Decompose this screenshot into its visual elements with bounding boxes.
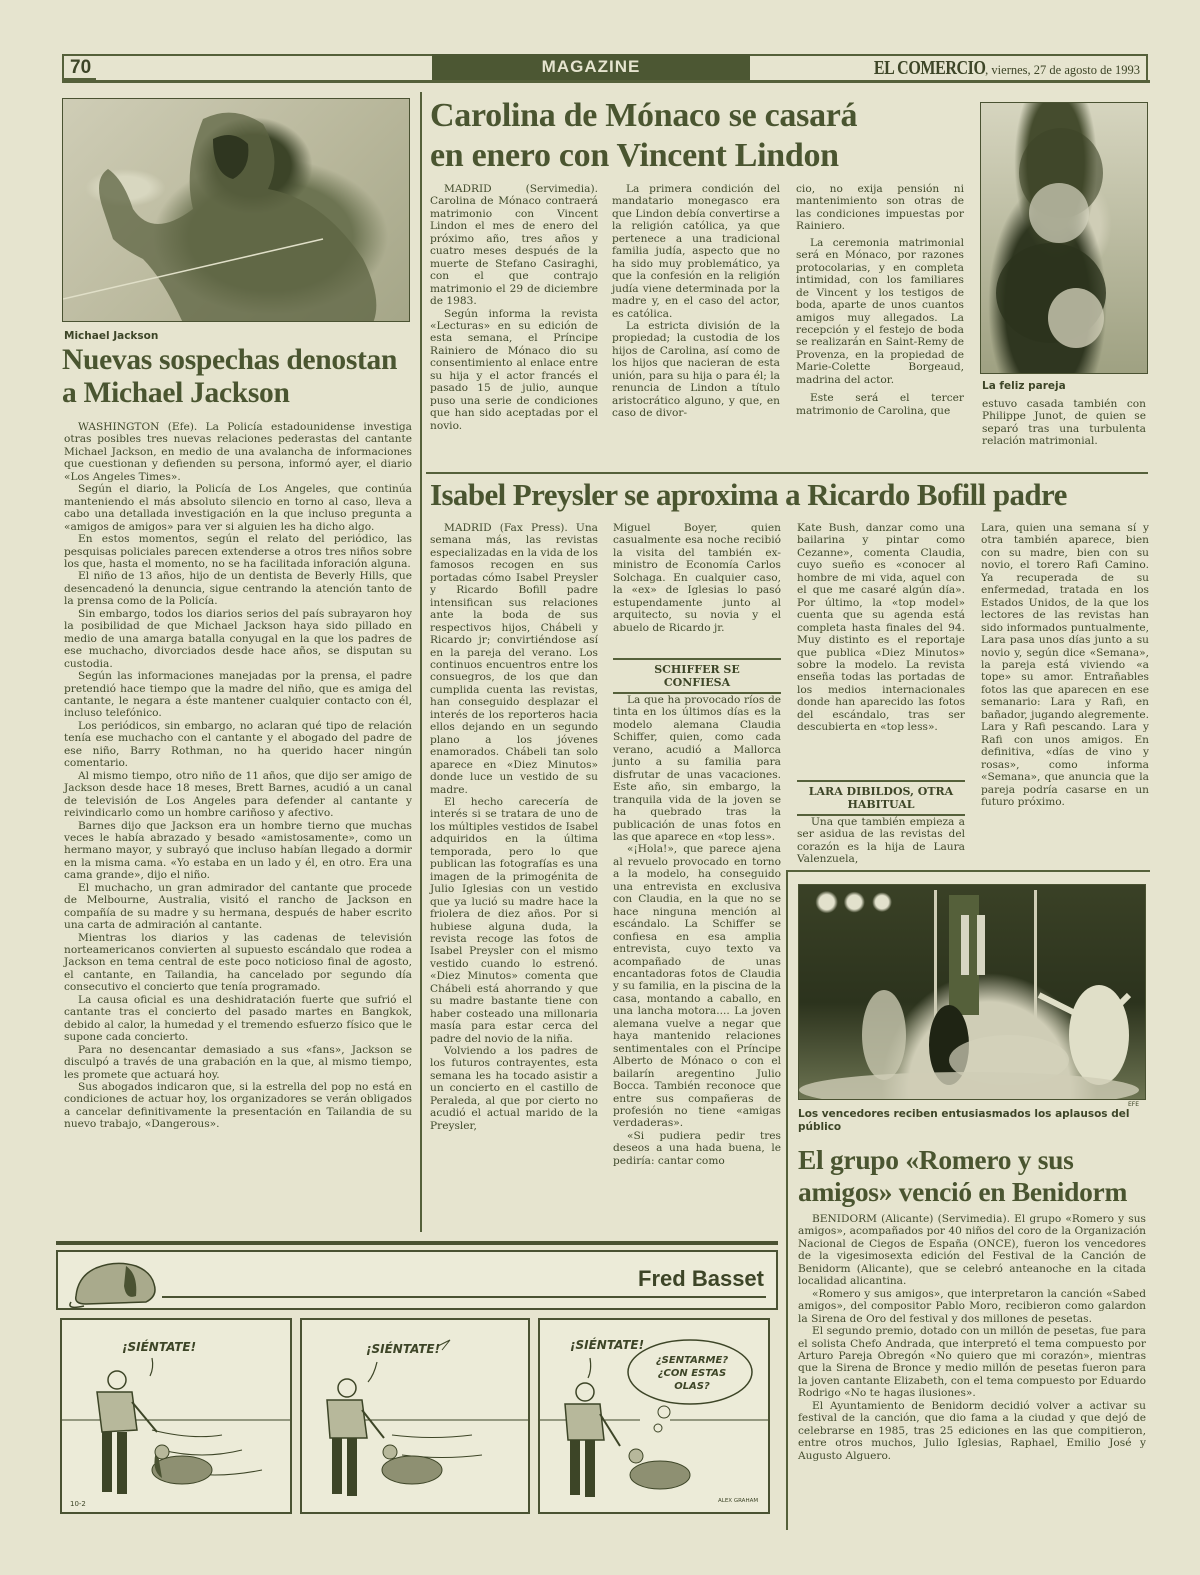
article-body-benidorm: BENIDORM (Alicante) (Servimedia). El gru…	[798, 1213, 1146, 1462]
carolina-col-4: estuvo casada también con Philippe Junot…	[982, 398, 1146, 448]
carolina-col-3: cio, no exija pensión ni mantenimiento s…	[796, 183, 964, 417]
page-number: 70	[62, 54, 96, 80]
michael-jackson-photo	[62, 98, 410, 322]
newspaper-name: EL COMERCIO	[874, 54, 986, 82]
paragraph: Al mismo tiempo, otro niño de 11 años, q…	[64, 770, 412, 820]
benidorm-stage-photo	[798, 884, 1146, 1100]
paragraph: MADRID (Fax Press). Una semana más, las …	[430, 522, 598, 796]
man-and-dog-icon	[540, 1320, 768, 1512]
paragraph: En estos momentos, según el relato del p…	[64, 533, 412, 570]
preysler-col-3-top: Kate Bush, danzar como una bailarina y p…	[797, 522, 965, 734]
paragraph: Los periódicos, sin embargo, no aclaran …	[64, 720, 412, 770]
paragraph: El hecho carecería de interés si se trat…	[430, 796, 598, 1045]
couple-photo	[980, 102, 1148, 374]
paragraph: Kate Bush, danzar como una bailarina y p…	[797, 522, 965, 734]
headline-benidorm: El grupo «Romero y sus amigos» venció en…	[798, 1144, 1150, 1208]
basset-hound-icon	[66, 1256, 158, 1310]
paragraph: «Si pudiera pedir tres deseos a una hada…	[613, 1130, 781, 1167]
issue-date: , viernes, 27 de agosto de 1993	[985, 63, 1140, 77]
preysler-col-4: Lara, quien una semana sí y otra también…	[981, 522, 1149, 808]
comic-date-mark: 10-2	[70, 1500, 86, 1508]
preysler-col-3-bottom: Una que también empieza a ser asidua de …	[797, 816, 965, 866]
preysler-col-1: MADRID (Fax Press). Una semana más, las …	[430, 522, 598, 1132]
performer-silhouette-icon	[63, 99, 410, 322]
paragraph: La que ha provocado ríos de tinta en los…	[613, 694, 781, 843]
headline-carolina: Carolina de Mónaco se casará en enero co…	[430, 96, 970, 176]
man-and-dog-icon	[62, 1320, 290, 1512]
comic-panel-1: ¡SIÉNTATE! 10-2	[60, 1318, 292, 1514]
paragraph: cio, no exija pensión ni mantenimiento s…	[796, 183, 964, 233]
carolina-col-1: MADRID (Servimedia). Carolina de Mónaco …	[430, 183, 598, 432]
photo-caption-couple: La feliz pareja	[982, 380, 1066, 392]
paragraph: Barnes dijo que Jackson era un hombre ti…	[64, 820, 412, 882]
article-body-jackson: WASHINGTON (Efe). La Policía estadounide…	[64, 421, 412, 1131]
preysler-col-2-top: Miguel Boyer, quien casualmente esa noch…	[613, 522, 781, 634]
paragraph: MADRID (Servimedia). Carolina de Mónaco …	[430, 183, 598, 308]
paragraph: La primera condición del mandatario mone…	[612, 183, 780, 320]
section-divider	[426, 472, 1148, 474]
paragraph: Para no desencantar demasiado a sus «fan…	[64, 1044, 412, 1081]
headline-jackson-line2: a Michael Jackson	[62, 377, 414, 410]
paragraph: Lara, quien una semana sí y otra también…	[981, 522, 1149, 808]
headline-preysler: Isabel Preysler se aproxima a Ricardo Bo…	[430, 476, 1150, 514]
comic-signature: ALEX GRAHAM	[718, 1498, 758, 1504]
stage-performers-icon	[799, 885, 1146, 1100]
header-rule-top	[62, 54, 434, 56]
paragraph: Según el diario, la Policía de Los Angel…	[64, 483, 412, 533]
paragraph: La causa oficial es una deshidratación f…	[64, 994, 412, 1044]
masthead: EL COMERCIO, viernes, 27 de agosto de 19…	[750, 54, 1148, 80]
paragraph: El segundo premio, dotado con un millón …	[798, 1325, 1146, 1400]
subhead-schiffer: SCHIFFER SE CONFIESA	[613, 658, 781, 694]
comic-panel-3: ¡SIÉNTATE! ¿SENTARME? ¿CON ESTAS OLAS? A…	[538, 1318, 770, 1514]
paragraph: estuvo casada también con Philippe Junot…	[982, 398, 1146, 448]
preysler-col-2-bottom: La que ha provocado ríos de tinta en los…	[613, 694, 781, 1167]
photo-credit: EFE	[1128, 1101, 1139, 1108]
paragraph: Según informa la revista «Lecturas» en s…	[430, 308, 598, 433]
comic-top-rule	[56, 1241, 778, 1245]
headline-carolina-line1: Carolina de Mónaco se casará	[430, 96, 970, 136]
man-and-dog-icon	[302, 1320, 528, 1512]
headline-benidorm-line1: El grupo «Romero y sus	[798, 1144, 1150, 1176]
carolina-col-2: La primera condición del mandatario mone…	[612, 183, 780, 420]
paragraph: El Ayuntamiento de Benidorm decidió volv…	[798, 1400, 1146, 1462]
paragraph: «¡Hola!», que parece ajena al revuelo pr…	[613, 843, 781, 1129]
paragraph: Sin embargo, todos los diarios serios de…	[64, 608, 412, 670]
couple-silhouette-icon	[981, 103, 1148, 374]
photo-caption-benidorm: Los vencedores reciben entusiasmados los…	[798, 1108, 1148, 1134]
header-rule	[62, 80, 1150, 83]
paragraph: Mientras los diarios y las cadenas de te…	[64, 932, 412, 994]
comic-title: Fred Basset	[638, 1266, 764, 1292]
paragraph: Sus abogados indicaron que, si la estrel…	[64, 1081, 412, 1131]
paragraph: BENIDORM (Alicante) (Servimedia). El gru…	[798, 1213, 1146, 1288]
paragraph: Una que también empieza a ser asidua de …	[797, 816, 965, 866]
comic-title-underline	[162, 1296, 766, 1298]
headline-benidorm-line2: amigos» venció en Benidorm	[798, 1176, 1150, 1208]
headline-carolina-line2: en enero con Vincent Lindon	[430, 136, 970, 176]
paragraph: «Romero y sus amigos», que interpretaron…	[798, 1288, 1146, 1325]
comic-panel-2: ¡SIÉNTATE!	[300, 1318, 530, 1514]
paragraph: El muchacho, un gran admirador del canta…	[64, 882, 412, 932]
headline-jackson: Nuevas sospechas denostan a Michael Jack…	[62, 344, 414, 410]
photo-caption-jackson: Michael Jackson	[64, 330, 158, 342]
paragraph: El niño de 13 años, hijo de un dentista …	[64, 570, 412, 607]
headline-jackson-line1: Nuevas sospechas denostan	[62, 344, 414, 377]
paragraph: Según las informaciones manejadas por la…	[64, 670, 412, 720]
comic-title-bar: Fred Basset	[56, 1250, 778, 1310]
paragraph: La estricta división de la propiedad; la…	[612, 320, 780, 420]
thought-text: ¿SENTARME? ¿CON ESTAS OLAS?	[640, 1354, 744, 1393]
paragraph: Volviendo a los padres de los futuros co…	[430, 1045, 598, 1132]
paragraph: La ceremonia matrimonial será en Mónaco,…	[796, 237, 964, 386]
column-rule	[420, 92, 422, 1232]
section-banner: MAGAZINE	[432, 54, 750, 80]
paragraph: Este será el tercer matrimonio de Caroli…	[796, 392, 964, 417]
paragraph: WASHINGTON (Efe). La Policía estadounide…	[64, 421, 412, 483]
paragraph: Miguel Boyer, quien casualmente esa noch…	[613, 522, 781, 634]
subhead-lara: LARA DIBILDOS, OTRA HABITUAL	[797, 780, 965, 816]
